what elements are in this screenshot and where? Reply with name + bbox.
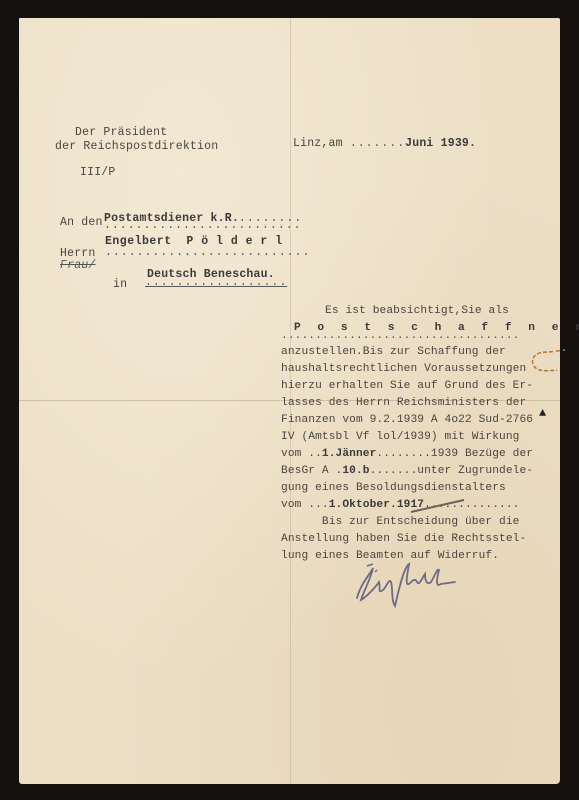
title-dotted-line: .........................	[104, 219, 302, 233]
pencil-mark-icon: ▲	[539, 406, 546, 420]
body-opening: Es ist beabsichtigt,Sie als	[325, 303, 509, 320]
location-dotted-line: ..................	[145, 276, 287, 290]
body-line-2: haushaltsrechtlichen Voraussetzungen	[281, 361, 526, 378]
body-line-1: anzustellen.Bis zur Schaffung der	[281, 344, 506, 361]
effective-date-line: vom ..1.Jänner........1939 Bezüge der	[281, 446, 533, 463]
seniority-line: vom ...1.Oktober.1917..............	[281, 497, 519, 514]
in-label: in	[113, 278, 127, 292]
date-dots: .......	[350, 137, 405, 150]
place-label: Linz,am	[293, 137, 350, 150]
body-line-6: IV (Amtsbl Vf lol/1939) mit Wirkung	[281, 429, 519, 446]
pencil-stroke	[409, 496, 469, 516]
reference-code: III/P	[80, 166, 116, 180]
sender-line1: Der Präsident	[75, 126, 167, 140]
place-date: Linz,am .......Juni 1939.	[293, 137, 476, 151]
position-dotted-line: ...................................	[281, 328, 519, 345]
signature-icon	[351, 558, 461, 608]
closing-line-2: Anstellung haben Sie die Rechtsstel-	[281, 531, 526, 548]
date-value: Juni 1939.	[405, 137, 476, 150]
body-line-gung: gung eines Besoldungsdienstalters	[281, 480, 506, 497]
struck-out-word: Frau/	[60, 259, 96, 273]
name-dotted-line: ..........................	[105, 246, 310, 260]
an-den-label: An den	[60, 216, 103, 230]
closing-line-1: Bis zur Entscheidung über die	[281, 514, 519, 531]
pay-grade: 10.b	[342, 465, 369, 477]
pay-grade-line: BesGr A .10.b.......unter Zugrundele-	[281, 463, 533, 480]
annotation-bracket-icon	[527, 348, 567, 376]
body-line-4: lasses des Herrn Reichsministers der	[281, 395, 526, 412]
body-line-3: hierzu erhalten Sie auf Grund des Er-	[281, 378, 533, 395]
sender-line2: der Reichspostdirektion	[55, 140, 218, 154]
body-line-5: Finanzen vom 9.2.1939 A 4o22 Sud-2766	[281, 412, 533, 429]
letter-page: Der Präsident der Reichspostdirektion Li…	[19, 18, 560, 784]
effective-date: 1.Jänner	[322, 448, 377, 460]
